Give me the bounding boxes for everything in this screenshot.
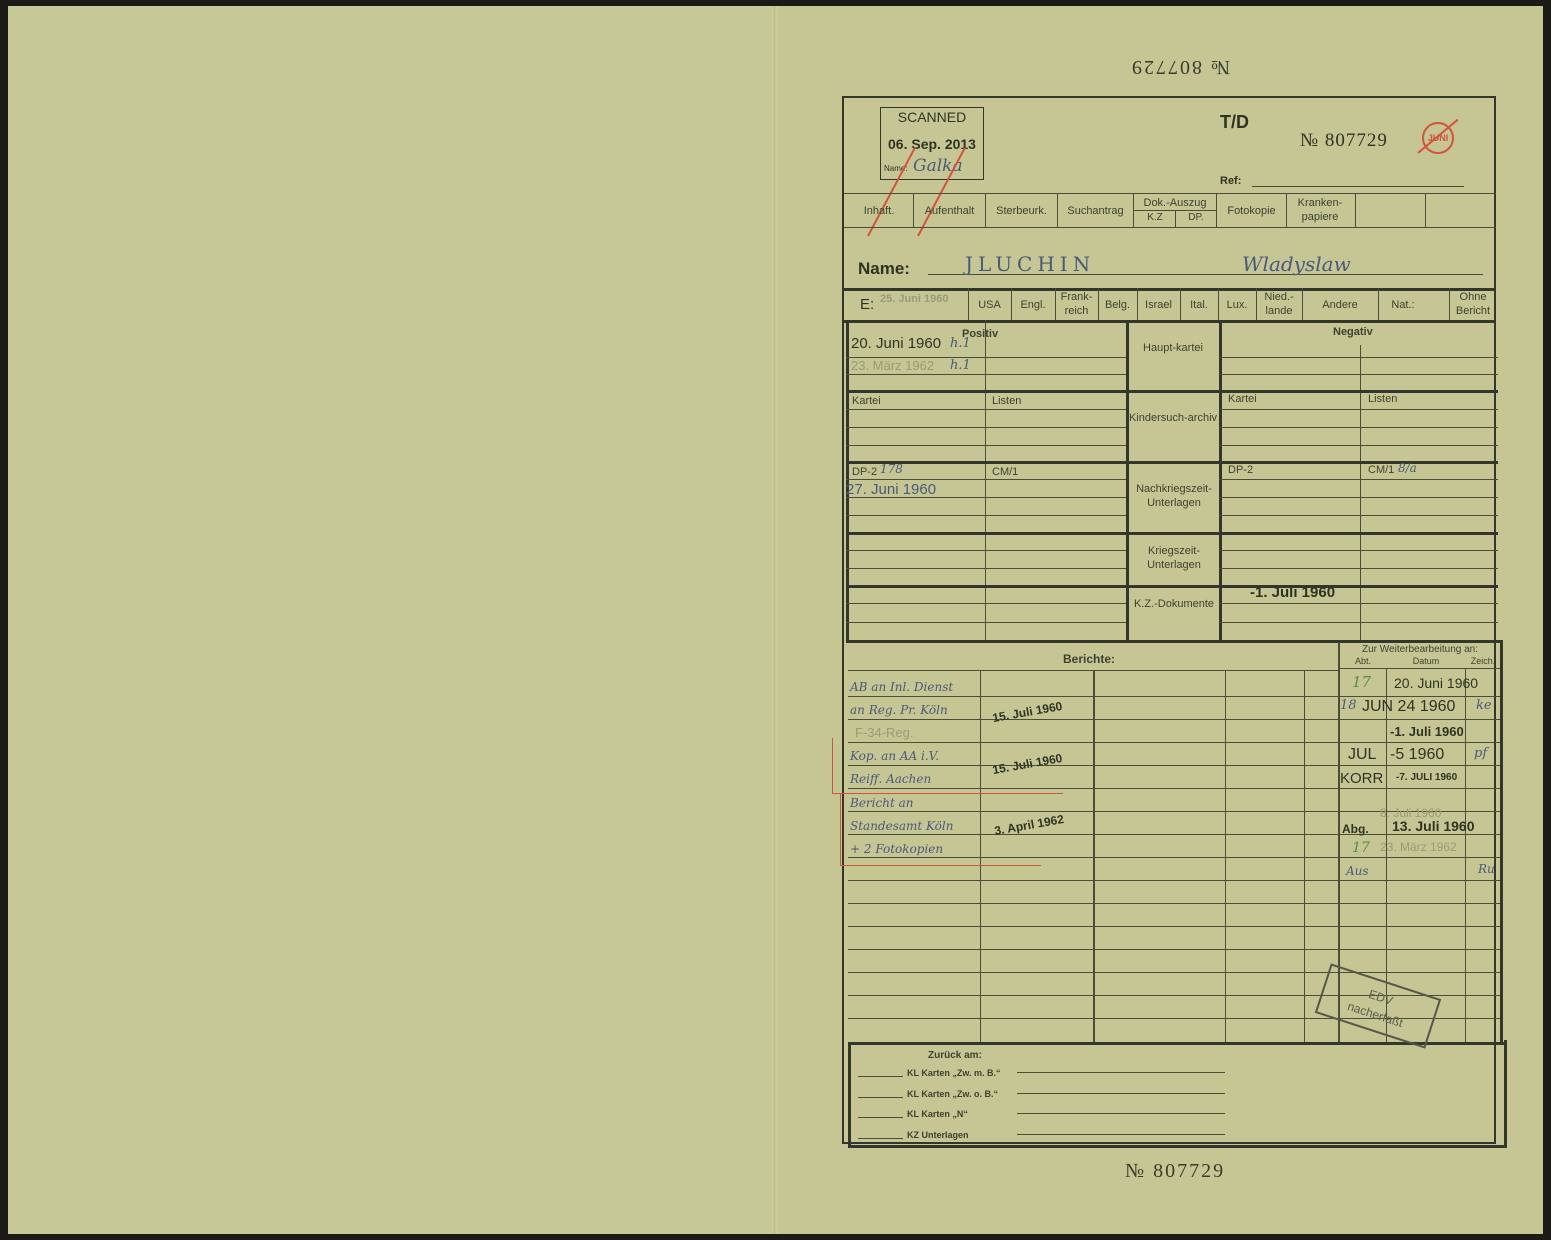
zurueck-item-4: KZ Unterlagen: [907, 1128, 969, 1142]
divider: [858, 1138, 903, 1139]
pos-cm1-label: CM/1: [992, 465, 1018, 479]
neg-cm1-label: CM/1: [1368, 463, 1394, 477]
wb-datum-5: -7. JULI 1960: [1396, 772, 1457, 783]
wb-datum-4: -5 1960: [1390, 746, 1444, 764]
given-name: Wladyslaw: [1242, 252, 1351, 276]
section-kindersucharchiv: Kindersuch-archiv: [1128, 411, 1218, 425]
divider: [846, 532, 1498, 535]
divider: [1219, 497, 1498, 498]
left-page-blank: [8, 6, 776, 1234]
country-frankreich: Frank-reich: [1056, 290, 1097, 318]
divider: [848, 880, 1500, 881]
e-faded-stamp: 25. Juni 1960: [880, 293, 949, 305]
tab-sterbeurk: Sterbeurk.: [987, 204, 1056, 218]
neg-dp2-label: DP-2: [1228, 463, 1253, 477]
kz-date-stamp: -1. Juli 1960: [1250, 584, 1335, 601]
bericht-entry-1: AB an Inl. Dienst: [850, 680, 953, 694]
neg-kartei-label: Kartei: [1228, 392, 1257, 406]
wb-datum-3: -1. Juli 1960: [1390, 724, 1464, 739]
pos-listen-label: Listen: [992, 394, 1021, 408]
divider: [1219, 479, 1498, 480]
country-nat: Nat.:: [1379, 298, 1427, 312]
wb-abt-7: Abg.: [1342, 822, 1369, 836]
scanned-title: SCANNED: [881, 109, 983, 125]
divider: [1219, 409, 1498, 410]
country-lux: Lux.: [1219, 298, 1255, 312]
divider: [1219, 550, 1498, 551]
wb-abt-1: 17: [1352, 673, 1371, 691]
tab-dok-dp: DP.: [1177, 211, 1215, 225]
pos-dp2-label: DP-2: [852, 465, 877, 479]
divider: [846, 409, 1126, 410]
divider: [848, 903, 1500, 904]
wb-zeich-4: pf: [1474, 746, 1487, 761]
divider: [913, 193, 914, 227]
divider: [1126, 320, 1129, 642]
section-nachkriegszeit: Nachkriegszeit-Unterlagen: [1128, 482, 1220, 510]
divider: [846, 479, 1126, 480]
divider: [848, 719, 1500, 720]
country-niederlande: Nied.-lande: [1257, 290, 1301, 318]
zurueck-item-3: KL Karten „N“: [907, 1107, 968, 1121]
divider: [858, 1117, 903, 1118]
red-bracket-2: [840, 793, 1041, 866]
divider: [848, 926, 1500, 927]
divider: [1355, 193, 1356, 227]
wb-zeich-2: ke: [1476, 698, 1492, 713]
divider: [1225, 670, 1226, 1042]
positiv-initial-1: h.1: [950, 336, 971, 351]
divider: [1219, 603, 1498, 604]
divider: [1500, 640, 1503, 1044]
col-abt: Abt.: [1340, 656, 1386, 666]
wb-abt-2: 18: [1340, 698, 1357, 713]
zurueck-item-2: KL Karten „Zw. o. B.“: [907, 1087, 998, 1101]
divider: [1219, 445, 1498, 446]
divider: [848, 1042, 851, 1148]
ref-label: Ref:: [1220, 175, 1241, 187]
divider: [1017, 1134, 1225, 1135]
divider: [1219, 568, 1498, 569]
divider: [1093, 670, 1095, 1042]
card-number: № 807729: [1300, 130, 1388, 152]
tab-krankenpapiere: Kranken-papiere: [1290, 196, 1350, 224]
divider: [848, 972, 1500, 973]
wb-datum-1: 20. Juni 1960: [1394, 675, 1478, 691]
col-zeich: Zeich.: [1466, 656, 1500, 666]
tab-dok-auszug: Dok.-Auszug: [1135, 196, 1215, 210]
divider: [1017, 1072, 1225, 1073]
name-label: Name:: [858, 259, 910, 279]
wb-datum-7: 13. Juli 1960: [1392, 818, 1475, 834]
country-ital: Ital.: [1181, 298, 1217, 312]
section-kriegszeit: Kriegszeit-Unterlagen: [1128, 544, 1220, 572]
divider: [848, 696, 1500, 697]
divider: [1219, 374, 1498, 375]
divider: [1175, 210, 1176, 227]
ref-line: [1252, 186, 1464, 187]
divider: [1219, 320, 1222, 642]
type-code: T/D: [1220, 112, 1249, 133]
scanned-date: 06. Sep. 2013: [881, 136, 983, 152]
pos-dp2-hand: 178: [880, 462, 903, 476]
tab-fotokopie: Fotokopie: [1218, 204, 1285, 218]
divider: [985, 193, 986, 227]
divider: [985, 320, 986, 642]
divider: [1425, 193, 1426, 227]
divider: [1219, 357, 1498, 358]
zurueck-title: Zurück am:: [928, 1049, 982, 1063]
tab-suchantrag: Suchantrag: [1059, 204, 1132, 218]
positiv-date-2: 23. März 1962: [851, 358, 934, 373]
divider: [1219, 515, 1498, 516]
divider: [1286, 193, 1287, 227]
surname: JLUCHIN: [965, 252, 1095, 276]
divider: [1338, 668, 1500, 669]
divider: [846, 515, 1126, 516]
divider: [846, 427, 1126, 428]
country-belg: Belg.: [1099, 298, 1136, 312]
divider: [846, 585, 1498, 588]
divider: [1504, 1040, 1507, 1148]
wb-abt-9: Aus: [1346, 864, 1369, 878]
neg-listen-label: Listen: [1368, 392, 1397, 406]
divider: [858, 1097, 903, 1098]
tab-inhaft: Inhaft.: [846, 204, 912, 218]
divider: [844, 227, 1496, 228]
divider: [1304, 670, 1305, 1042]
wb-abt-4: JUL: [1348, 746, 1376, 764]
form-bottom-border: [848, 1145, 1506, 1148]
bericht-entry-2: an Reg. Pr. Köln: [850, 703, 948, 717]
divider: [846, 390, 1498, 393]
wb-datum-8: 23. März 1962: [1380, 840, 1457, 854]
wb-datum-2: JUN 24 1960: [1362, 698, 1455, 716]
red-bracket-1: [832, 738, 1063, 794]
divider: [846, 568, 1126, 569]
divider: [1465, 668, 1466, 1042]
divider: [844, 288, 1496, 291]
divider: [844, 193, 1496, 194]
divider: [1216, 193, 1217, 227]
wb-abt-5: KORR: [1340, 770, 1383, 787]
e-label: E:: [860, 296, 874, 313]
country-andere: Andere: [1303, 298, 1377, 312]
divider: [1017, 1093, 1225, 1094]
divider: [846, 603, 1126, 604]
divider: [846, 550, 1126, 551]
positiv-date-1: 20. Juni 1960: [851, 335, 941, 352]
serial-number-top: № 807729: [1130, 55, 1230, 78]
tab-dok-kz: K.Z: [1135, 211, 1175, 225]
divider: [1017, 1113, 1225, 1114]
wb-abt-8: 17: [1352, 840, 1370, 856]
divider: [846, 622, 1126, 623]
neg-cm1-hand: 8/a: [1398, 461, 1417, 475]
wb-zeich-9: Ru: [1478, 862, 1495, 876]
divider: [858, 1076, 903, 1077]
zurueck-item-1: KL Karten „Zw. m. B.“: [907, 1066, 1001, 1080]
divider: [1219, 622, 1498, 623]
divider: [844, 320, 1496, 323]
divider: [1057, 193, 1058, 227]
serial-number-bottom: № 807729: [1125, 1160, 1225, 1183]
divider: [846, 374, 1126, 375]
scanned-stamp: SCANNED 06. Sep. 2013 Name: Galka: [880, 107, 984, 180]
dp2-date-stamp: 27. Juni 1960: [846, 481, 936, 498]
divider: [848, 949, 1500, 950]
negativ-label: Negativ: [1333, 325, 1373, 339]
country-usa: USA: [969, 298, 1010, 312]
country-ohne-bericht: Ohne Bericht: [1450, 290, 1496, 318]
divider: [1219, 427, 1498, 428]
positiv-initial-2: h.1: [950, 358, 971, 373]
country-israel: Israel: [1138, 298, 1179, 312]
pos-kartei-label: Kartei: [852, 394, 881, 408]
tab-aufenthalt: Aufenthalt: [915, 204, 984, 218]
section-kz-dokumente: K.Z.-Dokumente: [1128, 597, 1220, 611]
divider: [846, 640, 1502, 643]
divider: [846, 445, 1126, 446]
weiterbearbeitung-title: Zur Weiterbearbeitung an:: [1340, 644, 1500, 655]
section-hauptkartei: Haupt-kartei: [1128, 341, 1218, 355]
col-datum: Datum: [1387, 656, 1465, 666]
country-engl: Engl.: [1012, 298, 1054, 312]
berichte-label: Berichte:: [1063, 652, 1115, 666]
